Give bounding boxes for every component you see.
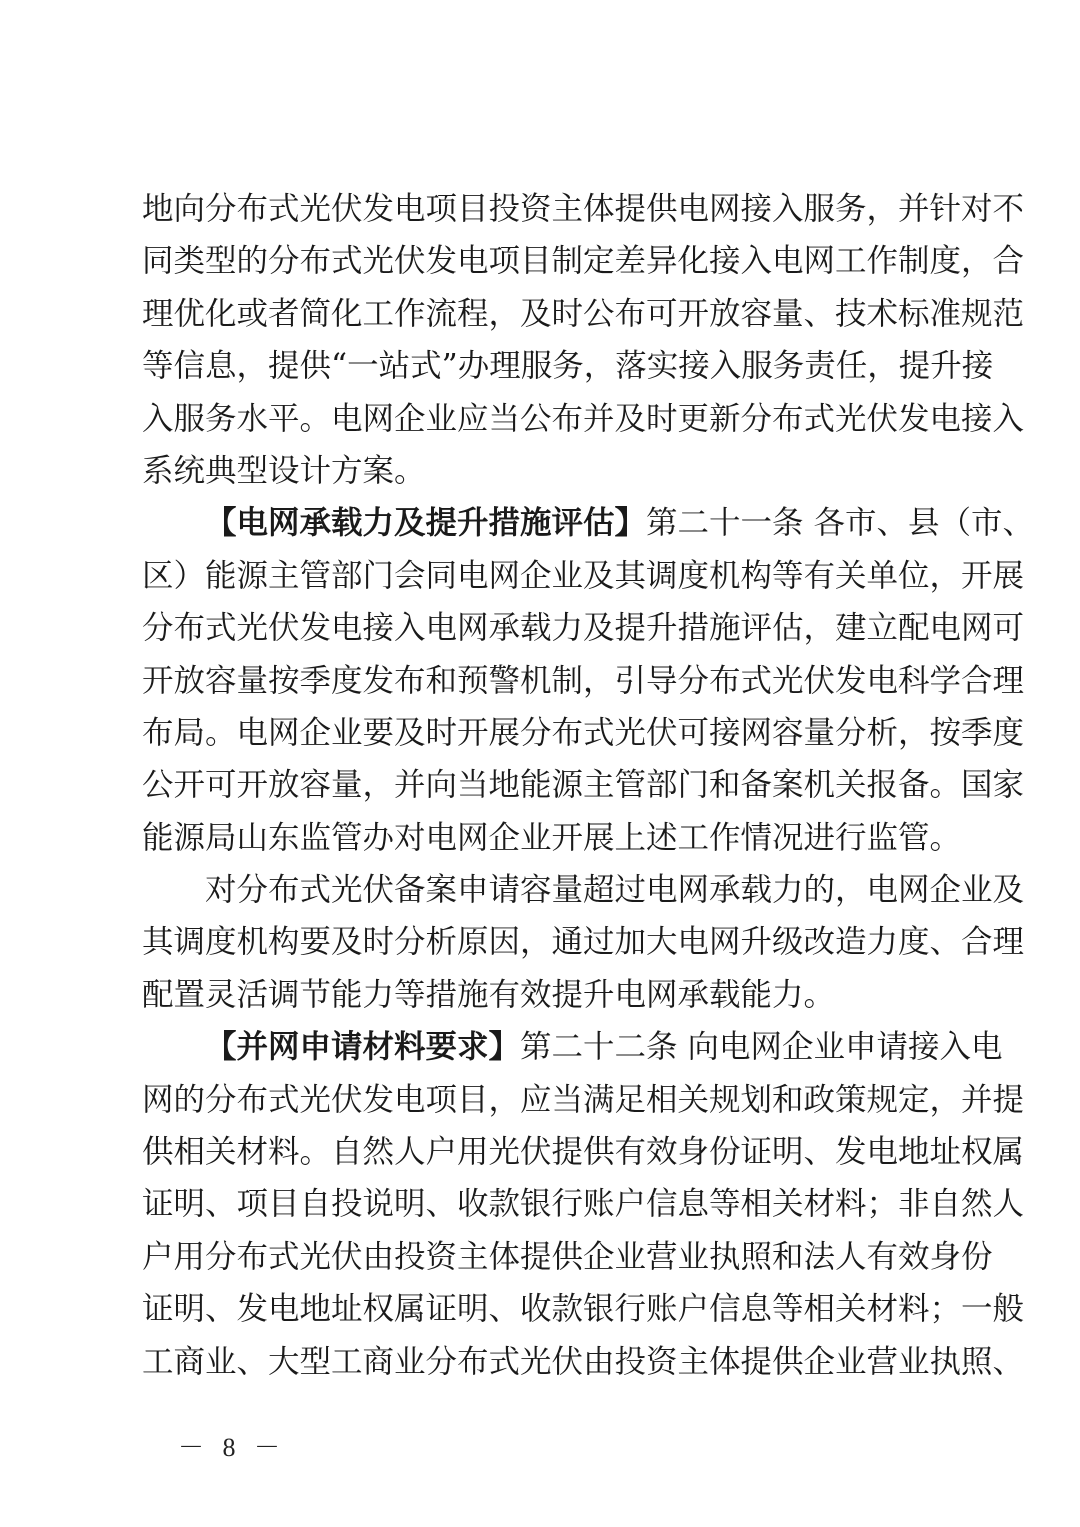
text-line: 工商业、大型工商业分布式光伏由投资主体提供企业营业执照、 <box>142 1336 948 1388</box>
text-line: 配置灵活调节能力等措施有效提升电网承载能力。 <box>142 969 948 1021</box>
text-line: 网的分布式光伏发电项目，应当满足相关规划和政策规定，并提 <box>142 1074 948 1126</box>
body-text: 地向分布式光伏发电项目投资主体提供电网接入服务，并针对不 同类型的分布式光伏发电… <box>142 183 948 1388</box>
article-heading-line: 【电网承载力及提升措施评估】第二十一条 各市、县（市、 <box>142 497 948 549</box>
paragraph-service: 地向分布式光伏发电项目投资主体提供电网接入服务，并针对不 同类型的分布式光伏发电… <box>142 183 948 497</box>
text-line: 同类型的分布式光伏发电项目制定差异化接入电网工作制度，合 <box>142 235 948 287</box>
article-number: 第二十二条 向电网企业申请接入电 <box>520 1029 1003 1065</box>
paragraph-article-21: 【电网承载力及提升措施评估】第二十一条 各市、县（市、 区）能源主管部门会同电网… <box>142 497 948 864</box>
text-line: 区）能源主管部门会同电网企业及其调度机构等有关单位，开展 <box>142 550 948 602</box>
text-line: 证明、发电地址权属证明、收款银行账户信息等相关材料；一般 <box>142 1283 948 1335</box>
text-line: 入服务水平。电网企业应当公布并及时更新分布式光伏发电接入 <box>142 393 948 445</box>
text-line: 对分布式光伏备案申请容量超过电网承载力的，电网企业及 <box>142 864 948 916</box>
article-heading: 【电网承载力及提升措施评估】 <box>205 504 646 541</box>
paragraph-article-22: 【并网申请材料要求】第二十二条 向电网企业申请接入电 网的分布式光伏发电项目，应… <box>142 1021 948 1388</box>
text-line: 地向分布式光伏发电项目投资主体提供电网接入服务，并针对不 <box>142 183 948 235</box>
paragraph-capacity: 对分布式光伏备案申请容量超过电网承载力的，电网企业及 其调度机构要及时分析原因，… <box>142 864 948 1021</box>
text-line: 公开可开放容量，并向当地能源主管部门和备案机关报备。国家 <box>142 759 948 811</box>
text-line: 能源局山东监管办对电网企业开展上述工作情况进行监管。 <box>142 812 948 864</box>
text-line: 布局。电网企业要及时开展分布式光伏可接网容量分析，按季度 <box>142 707 948 759</box>
article-number: 第二十一条 各市、县（市、 <box>646 505 1034 541</box>
page-number: － 8 － <box>178 1427 286 1464</box>
text-line: 其调度机构要及时分析原因，通过加大电网升级改造力度、合理 <box>142 916 948 968</box>
text-line: 分布式光伏发电接入电网承载力及提升措施评估，建立配电网可 <box>142 602 948 654</box>
document-page: 地向分布式光伏发电项目投资主体提供电网接入服务，并针对不 同类型的分布式光伏发电… <box>0 0 1080 1527</box>
text-line: 供相关材料。自然人户用光伏提供有效身份证明、发电地址权属 <box>142 1126 948 1178</box>
article-heading-line: 【并网申请材料要求】第二十二条 向电网企业申请接入电 <box>142 1021 948 1073</box>
text-line: 系统典型设计方案。 <box>142 445 948 497</box>
text-line: 等信息，提供“一站式”办理服务，落实接入服务责任，提升接 <box>142 340 948 392</box>
text-line: 开放容量按季度发布和预警机制，引导分布式光伏发电科学合理 <box>142 655 948 707</box>
text-line: 证明、项目自投说明、收款银行账户信息等相关材料；非自然人 <box>142 1178 948 1230</box>
article-heading: 【并网申请材料要求】 <box>205 1028 520 1065</box>
text-line: 理优化或者简化工作流程，及时公布可开放容量、技术标准规范 <box>142 288 948 340</box>
text-line: 户用分布式光伏由投资主体提供企业营业执照和法人有效身份 <box>142 1231 948 1283</box>
